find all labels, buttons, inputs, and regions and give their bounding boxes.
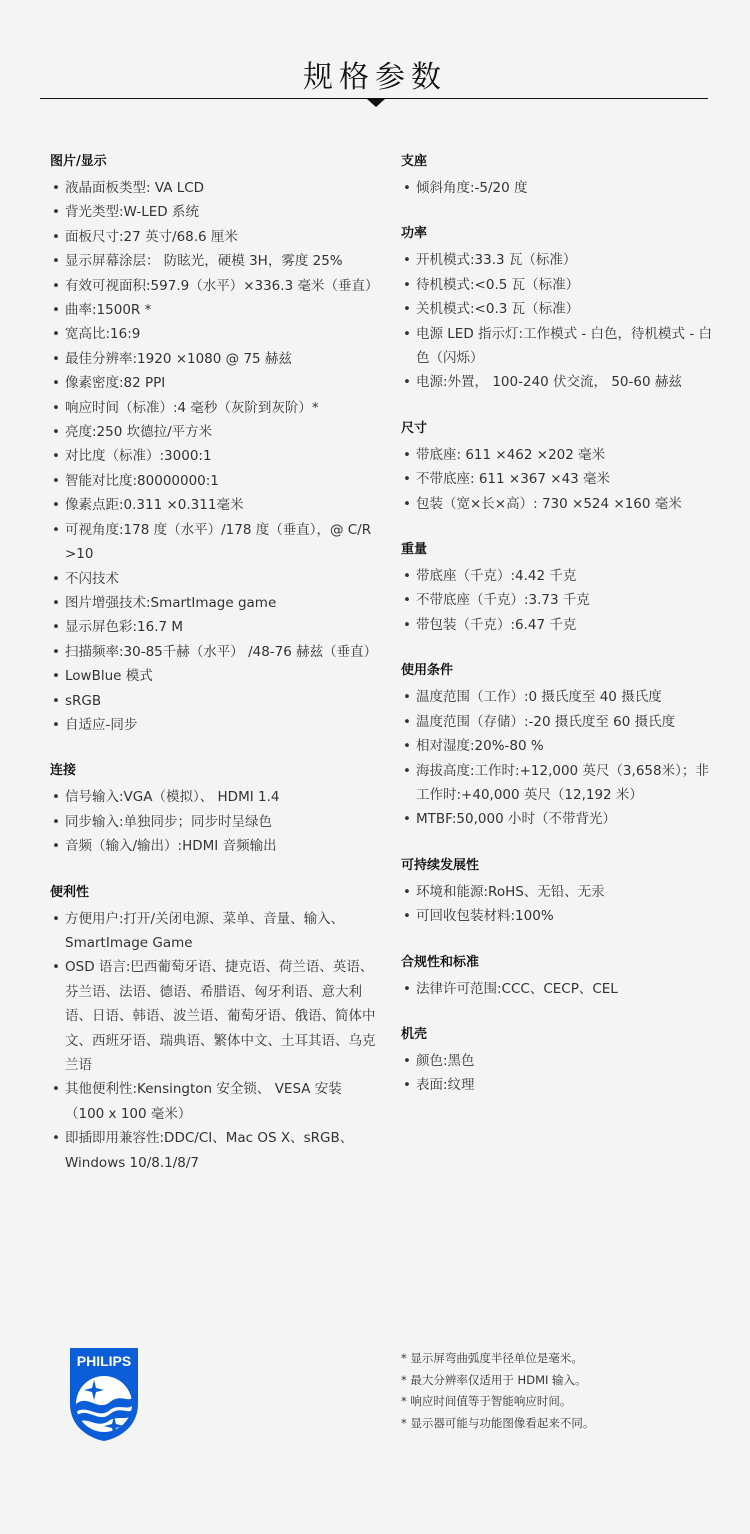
spec-section: 功率开机模式:33.3 瓦（标准）待机模式:<0.5 瓦（标准）关机模式:<0.…	[401, 224, 721, 394]
spec-item: 显示屏色彩:16.7 M	[50, 615, 380, 639]
spec-item: 不带底座（千克）:3.73 千克	[401, 588, 721, 612]
spec-item: 液晶面板类型: VA LCD	[50, 176, 380, 200]
spec-item: 环境和能源:RoHS、无铅、无汞	[401, 880, 721, 904]
down-arrow-icon	[367, 99, 385, 107]
section-title: 便利性	[50, 883, 380, 903]
spec-item: 即插即用兼容性:DDC/CI、Mac OS X、sRGB、Windows 10/…	[50, 1126, 380, 1175]
spec-item: 可视角度:178 度（水平）/178 度（垂直），@ C/R >10	[50, 518, 380, 567]
spec-item: 像素密度:82 PPI	[50, 371, 380, 395]
spec-item: 有效可视面积:597.9（水平）×336.3 毫米（垂直）	[50, 274, 380, 298]
section-title: 可持续发展性	[401, 856, 721, 876]
spec-item: 带底座: 611 ×462 ×202 毫米	[401, 443, 721, 467]
spec-item: 最佳分辨率:1920 ×1080 @ 75 赫兹	[50, 347, 380, 371]
footnote: * 显示屏弯曲弧度半径单位是毫米。	[401, 1348, 594, 1370]
spec-item: 不闪技术	[50, 567, 380, 591]
spec-item: 其他便利性:Kensington 安全锁、 VESA 安装（100 x 100 …	[50, 1077, 380, 1126]
spec-item: 海拔高度:工作时:+12,000 英尺（3,658米）；非工作时:+40,000…	[401, 759, 721, 808]
spec-section: 重量带底座（千克）:4.42 千克不带底座（千克）:3.73 千克带包装（千克）…	[401, 540, 721, 637]
spec-item: 方便用户:打开/关闭电源、菜单、音量、输入、SmartImage Game	[50, 907, 380, 956]
section-title: 使用条件	[401, 661, 721, 681]
spec-item: 法律许可范围:CCC、CECP、CEL	[401, 977, 721, 1001]
section-title: 合规性和标准	[401, 953, 721, 973]
spec-item: 音频（输入/输出）:HDMI 音频输出	[50, 834, 380, 858]
svg-text:PHILIPS: PHILIPS	[77, 1353, 131, 1369]
spec-section: 合规性和标准法律许可范围:CCC、CECP、CEL	[401, 953, 721, 1001]
footnotes: * 显示屏弯曲弧度半径单位是毫米。 * 最大分辨率仅适用于 HDMI 输入。 *…	[401, 1348, 594, 1434]
spec-item: 宽高比:16:9	[50, 322, 380, 346]
footnote: * 响应时间值等于智能响应时间。	[401, 1391, 594, 1413]
spec-section: 机壳颜色:黑色表面:纹理	[401, 1025, 721, 1098]
spec-section: 便利性方便用户:打开/关闭电源、菜单、音量、输入、SmartImage Game…	[50, 883, 380, 1175]
spec-item: 颜色:黑色	[401, 1049, 721, 1073]
spec-item: 带底座（千克）:4.42 千克	[401, 564, 721, 588]
spec-item: 显示屏幕涂层： 防眩光，硬模 3H，雾度 25%	[50, 249, 380, 273]
spec-item: 温度范围（存储）:-20 摄氏度至 60 摄氏度	[401, 710, 721, 734]
spec-item: MTBF:50,000 小时（不带背光）	[401, 807, 721, 831]
spec-item: 扫描频率:30-85千赫（水平） /48-76 赫兹（垂直）	[50, 640, 380, 664]
spec-item: 背光类型:W-LED 系统	[50, 200, 380, 224]
spec-item: 像素点距:0.311 ×0.311毫米	[50, 493, 380, 517]
section-title: 机壳	[401, 1025, 721, 1045]
spec-item: 包装（宽×长×高）: 730 ×524 ×160 毫米	[401, 492, 721, 516]
section-title: 尺寸	[401, 419, 721, 439]
spec-section: 可持续发展性环境和能源:RoHS、无铅、无汞可回收包装材料:100%	[401, 856, 721, 929]
spec-item: 倾斜角度:-5/20 度	[401, 176, 721, 200]
footnote: * 显示器可能与功能图像看起来不同。	[401, 1413, 594, 1435]
footnote: * 最大分辨率仅适用于 HDMI 输入。	[401, 1370, 594, 1392]
section-title: 连接	[50, 761, 380, 781]
spec-item: 面板尺寸:27 英寸/68.6 厘米	[50, 225, 380, 249]
section-title: 重量	[401, 540, 721, 560]
spec-item: LowBlue 模式	[50, 664, 380, 688]
spec-item: 对比度（标准）:3000:1	[50, 444, 380, 468]
spec-item: 表面:纹理	[401, 1073, 721, 1097]
spec-section: 图片/显示液晶面板类型: VA LCD背光类型:W-LED 系统面板尺寸:27 …	[50, 152, 380, 737]
spec-item: 温度范围（工作）:0 摄氏度至 40 摄氏度	[401, 685, 721, 709]
spec-item: 相对湿度:20%-80 %	[401, 734, 721, 758]
spec-section: 支座倾斜角度:-5/20 度	[401, 152, 721, 200]
spec-item: 信号输入:VGA（模拟）、 HDMI 1.4	[50, 785, 380, 809]
spec-section: 连接信号输入:VGA（模拟）、 HDMI 1.4同步输入:单独同步；同步时呈绿色…	[50, 761, 380, 858]
page-title: 规格参数	[0, 52, 750, 96]
spec-item: 图片增强技术:SmartImage game	[50, 591, 380, 615]
section-title: 支座	[401, 152, 721, 172]
spec-item: 亮度:250 坎德拉/平方米	[50, 420, 380, 444]
spec-section: 尺寸带底座: 611 ×462 ×202 毫米不带底座: 611 ×367 ×4…	[401, 419, 721, 516]
spec-item: 关机模式:<0.3 瓦（标准）	[401, 297, 721, 321]
spec-item: 待机模式:<0.5 瓦（标准）	[401, 273, 721, 297]
spec-item: 曲率:1500R *	[50, 298, 380, 322]
section-title: 功率	[401, 224, 721, 244]
spec-item: 同步输入:单独同步；同步时呈绿色	[50, 810, 380, 834]
right-spec-column: 支座倾斜角度:-5/20 度功率开机模式:33.3 瓦（标准）待机模式:<0.5…	[401, 152, 721, 1122]
left-spec-column: 图片/显示液晶面板类型: VA LCD背光类型:W-LED 系统面板尺寸:27 …	[50, 152, 380, 1199]
spec-item: 可回收包装材料:100%	[401, 904, 721, 928]
spec-item: 智能对比度:80000000:1	[50, 469, 380, 493]
spec-item: 电源:外置， 100-240 伏交流， 50-60 赫兹	[401, 370, 721, 394]
spec-item: 开机模式:33.3 瓦（标准）	[401, 248, 721, 272]
spec-item: 自适应-同步	[50, 713, 380, 737]
spec-item: 响应时间（标准）:4 毫秒（灰阶到灰阶）*	[50, 396, 380, 420]
section-title: 图片/显示	[50, 152, 380, 172]
spec-item: sRGB	[50, 689, 380, 713]
spec-section: 使用条件温度范围（工作）:0 摄氏度至 40 摄氏度温度范围（存储）:-20 摄…	[401, 661, 721, 831]
spec-item: 带包装（千克）:6.47 千克	[401, 613, 721, 637]
spec-item: 不带底座: 611 ×367 ×43 毫米	[401, 467, 721, 491]
spec-item: OSD 语言:巴西葡萄牙语、捷克语、荷兰语、英语、芬兰语、法语、德语、希腊语、匈…	[50, 955, 380, 1077]
philips-shield-logo: PHILIPS	[68, 1346, 140, 1442]
spec-item: 电源 LED 指示灯:工作模式 - 白色，待机模式 - 白色（闪烁）	[401, 322, 721, 371]
